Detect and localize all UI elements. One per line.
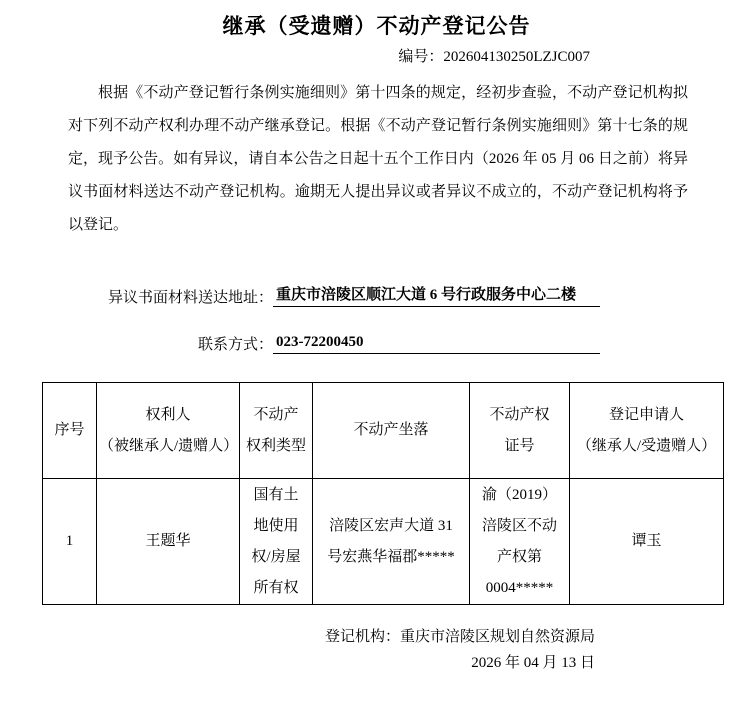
footer-block: 登记机构：重庆市涪陵区规划自然资源局 2026 年 04 月 13 日 — [0, 624, 753, 676]
announcement-document: 继承（受遗赠）不动产登记公告 编号：202604130250LZJC007 根据… — [0, 0, 753, 709]
cell-property-location: 涪陵区宏声大道 31 号宏燕华福郡***** — [313, 479, 470, 605]
objection-address-row: 异议书面材料送达地址： 重庆市涪陵区顺江大道 6 号行政服务中心二楼 — [68, 284, 753, 307]
doc-number-line: 编号：202604130250LZJC007 — [0, 48, 753, 66]
registration-table: 序号 权利人 （被继承人/遗赠人） 不动产 权利类型 不动产坐落 不动产权 证号… — [42, 382, 724, 605]
date-line: 2026 年 04 月 13 日 — [0, 650, 595, 676]
objection-address-value: 重庆市涪陵区顺江大道 6 号行政服务中心二楼 — [273, 283, 600, 307]
cell-right-holder: 王题华 — [97, 479, 240, 605]
header-property-location: 不动产坐落 — [313, 383, 470, 479]
announcement-body-paragraph: 根据《不动产登记暂行条例实施细则》第十四条的规定，经初步查验，不动产登记机构拟对… — [68, 77, 688, 242]
cell-right-type: 国有土 地使用 权/房屋 所有权 — [240, 479, 313, 605]
page-title: 继承（受遗赠）不动产登记公告 — [0, 0, 753, 39]
header-serial-number: 序号 — [43, 383, 97, 479]
table-header-row: 序号 权利人 （被继承人/遗赠人） 不动产 权利类型 不动产坐落 不动产权 证号… — [43, 383, 724, 479]
cell-applicant: 谭玉 — [570, 479, 724, 605]
objection-address-label: 异议书面材料送达地址： — [68, 286, 273, 307]
cell-certificate-number: 渝（2019） 涪陵区不动 产权第 0004***** — [470, 479, 570, 605]
contact-label: 联系方式： — [68, 333, 273, 354]
contact-value: 023-72200450 — [273, 334, 600, 354]
header-applicant: 登记申请人 （继承人/受遗赠人） — [570, 383, 724, 479]
doc-number-label: 编号： — [398, 49, 443, 65]
registrar-line: 登记机构：重庆市涪陵区规划自然资源局 — [0, 624, 595, 650]
cell-serial-number: 1 — [43, 479, 97, 605]
contact-row: 联系方式： 023-72200450 — [68, 331, 753, 354]
header-right-type: 不动产 权利类型 — [240, 383, 313, 479]
header-certificate-number: 不动产权 证号 — [470, 383, 570, 479]
table-row: 1 王题华 国有土 地使用 权/房屋 所有权 涪陵区宏声大道 31 号宏燕华福郡… — [43, 479, 724, 605]
header-right-holder: 权利人 （被继承人/遗赠人） — [97, 383, 240, 479]
doc-number-value: 202604130250LZJC007 — [443, 49, 590, 65]
